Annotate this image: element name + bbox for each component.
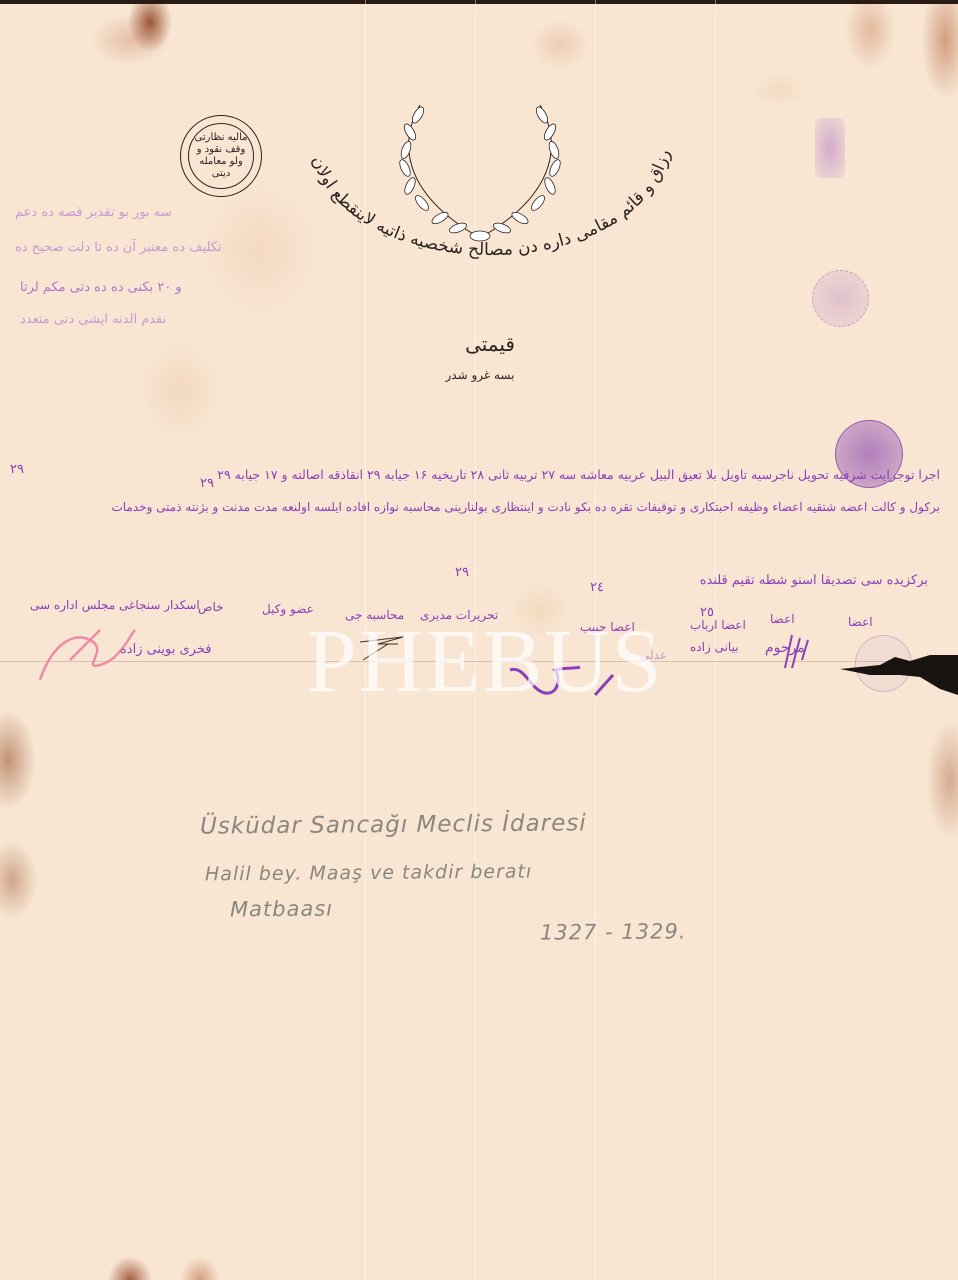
pencil-note: Matbaası [230, 897, 333, 922]
letterhead-arch-calligraphy: شعبه ارزاق و قائم مقامی داره دن مصالح شخ… [300, 140, 680, 320]
pencil-note: 1327 - 1329. [540, 919, 687, 944]
pencil-note: Üsküdar Sancağı Meclis İdaresi [200, 810, 587, 839]
numeric-mark: ٢٩ [10, 462, 24, 477]
ink-stamp-icon [815, 118, 845, 178]
scan-edge [0, 0, 958, 4]
paper-tear [840, 655, 958, 695]
body-text-line: اجرا توجرایت شرفیه تحویل ناجرسیه تاویل ب… [217, 467, 940, 482]
letterhead-title: قیمتی [440, 332, 540, 356]
faint-text-line: تکلیف ده معتبر آن ده تا دلت صحیح ده [15, 240, 222, 255]
numeric-mark: ٢٩ [200, 476, 214, 491]
svg-text:شعبه ارزاق و قائم مقامی داره د: شعبه ارزاق و قائم مقامی داره دن مصالح شخ… [300, 140, 675, 260]
body-text-line: برکزیده سی تصدیقا اسنو شطه تقیم قلنده [700, 573, 928, 588]
signature-label: اعضا [770, 612, 795, 626]
signature-name: بیانی زاده [690, 640, 739, 654]
numeric-mark: ٢٤ [590, 580, 604, 595]
faint-text-line: نقدم الدنه ایشی دتی متعدد [20, 312, 166, 327]
letterhead-subtitle: بسه غرو شدر [420, 368, 540, 382]
document-sheet: مالیه نظارتی وقف نقود و ولو معامله دیتی [0, 0, 958, 1280]
body-text-line: برکول و کالت اعضه شتقیه اعضاء وظیفه احبت… [111, 500, 940, 514]
purple-signature-scribble [780, 630, 810, 670]
ink-stamp-icon [812, 270, 869, 327]
signature-label: اسکدار سنجاغی مجلس اداره سی [30, 598, 200, 612]
faint-text-line: سه بور بو تقدیر قصه ده دعم [15, 205, 172, 220]
ministry-seal-icon: مالیه نظارتی وقف نقود و ولو معامله دیتی [180, 115, 262, 197]
signature-label: خاص [198, 600, 224, 614]
numeric-mark: ٢٩ [455, 565, 469, 580]
signature-label: اعضا ارباب [690, 618, 746, 632]
pencil-note: Halil bey. Maaş ve takdir beratı [205, 861, 532, 886]
faint-text-line: و ۲۰ بکنی ده ده دتی مکم لرتا [20, 280, 182, 295]
seal-text: مالیه نظارتی وقف نقود و ولو معامله دیتی [191, 132, 251, 180]
watermark: PHEBUS [300, 610, 670, 713]
signature-label: اعضا [848, 615, 873, 629]
red-signature-scribble [30, 620, 140, 690]
